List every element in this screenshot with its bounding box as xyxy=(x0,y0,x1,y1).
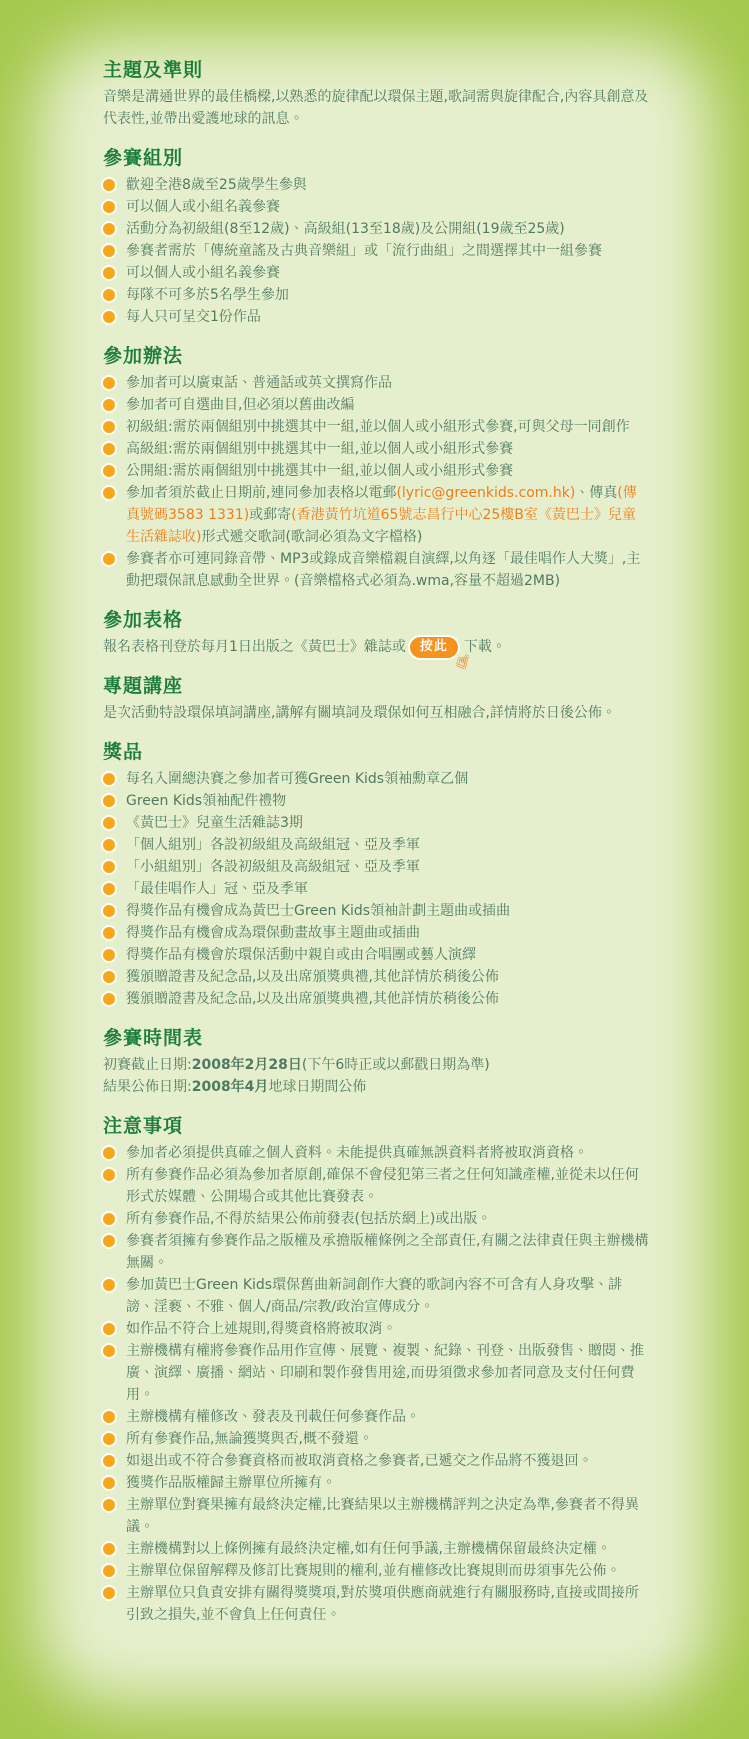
timetable-text-part: 初賽截止日期: xyxy=(103,1057,192,1073)
list-item: 參賽者需於「傳統童謠及古典音樂組」或「流行曲組」之間選擇其中一組參賽 xyxy=(103,240,649,262)
timetable-text-part: 2008年4月 xyxy=(192,1079,269,1095)
section-title-form: 參加表格 xyxy=(103,610,649,630)
groups-text-part: 可以個人或小組名義參賽 xyxy=(126,265,280,281)
timetable-row: 結果公佈日期:2008年4月地球日期間公佈 xyxy=(103,1076,649,1098)
groups-text-part: 可以個人或小組名義參賽 xyxy=(126,199,280,215)
notes-text-part: 所有參賽作品,不得於結果公佈前發表(包括於網上)或出版。 xyxy=(126,1211,491,1227)
bullet-dot-icon xyxy=(103,949,115,961)
timetable-text-part: 結果公佈日期: xyxy=(103,1079,192,1095)
notes-text-part: 主辦機構有權修改、發表及刊載任何參賽作品。 xyxy=(126,1409,420,1425)
bullet-dot-icon xyxy=(103,971,115,983)
how-text-part: 形式遞交歌詞(歌詞必須為文字檔格) xyxy=(201,529,422,545)
timetable-text-part: 地球日期間公佈 xyxy=(268,1079,366,1095)
how-text-part: 參加者可自選曲目,但必須以舊曲改編 xyxy=(126,397,354,413)
list-item: 獲獎作品版權歸主辦單位所擁有。 xyxy=(103,1472,649,1494)
prizes-text-part: Green Kids領袖配件禮物 xyxy=(126,793,286,809)
list-item-text: 如作品不符合上述規則,得獎資格將被取消。 xyxy=(126,1321,396,1337)
bullet-dot-icon xyxy=(103,223,115,235)
list-item: 參加黃巴士Green Kids環保舊曲新詞創作大賽的歌詞內容不可含有人身攻擊、誹… xyxy=(103,1274,649,1318)
list-item-text: 歡迎全港8歲至25歲學生參與 xyxy=(126,177,307,193)
groups-text-part: 參賽者需於「傳統童謠及古典音樂組」或「流行曲組」之間選擇其中一組參賽 xyxy=(126,243,602,259)
bullet-dot-icon xyxy=(103,839,115,851)
list-item: 參賽者亦可連同錄音帶、MP3或錄成音樂檔親自演繹,以角逐「最佳唱作人大獎」,主動… xyxy=(103,548,649,592)
list-item-text: 獲獎作品版權歸主辦單位所擁有。 xyxy=(126,1475,336,1491)
list-item-text: 高級組:需於兩個組別中挑選其中一組,並以個人或小組形式參賽 xyxy=(126,441,513,457)
notes-text-part: 主辦機構有權將參賽作品用作宣傳、展覽、複製、紀錄、刊登、出版發售、贈閱、推廣、演… xyxy=(126,1343,644,1403)
bullet-dot-icon xyxy=(103,1169,115,1181)
list-item: 每隊不可多於5名學生參加 xyxy=(103,284,649,306)
section-seminar: 專題講座是次活動特設環保填詞講座,講解有關填詞及環保如何互相融合,詳情將於日後公… xyxy=(103,676,649,724)
list-item: 參賽者須擁有參賽作品之版權及承擔版權條例之全部責任,有關之法律責任與主辦機構無關… xyxy=(103,1230,649,1274)
list-item: 參加者可以廣東話、普通話或英文撰寫作品 xyxy=(103,372,649,394)
bullet-dot-icon xyxy=(103,289,115,301)
bullet-dot-icon xyxy=(103,993,115,1005)
section-groups: 參賽組別歡迎全港8歲至25歲學生參與可以個人或小組名義參賽活動分為初級組(8至1… xyxy=(103,148,649,328)
notes-text-part: 如作品不符合上述規則,得獎資格將被取消。 xyxy=(126,1321,396,1337)
list-item-text: 參賽者需於「傳統童謠及古典音樂組」或「流行曲組」之間選擇其中一組參賽 xyxy=(126,243,602,259)
list-item-text: 獲頒贈證書及紀念品,以及出席頒獎典禮,其他詳情於稍後公佈 xyxy=(126,991,499,1007)
section-title-theme: 主題及準則 xyxy=(103,60,649,80)
prizes-text-part: 得獎作品有機會成為黃巴士Green Kids領袖計劃主題曲或插曲 xyxy=(126,903,510,919)
bullet-dot-icon xyxy=(103,1433,115,1445)
section-title-timetable: 參賽時間表 xyxy=(103,1028,649,1048)
timetable-text-part: 2008年2月28日 xyxy=(192,1057,302,1073)
notes-text-part: 所有參賽作品,無論獲獎與否,概不發還。 xyxy=(126,1431,373,1447)
list-item: 所有參賽作品,不得於結果公佈前發表(包括於網上)或出版。 xyxy=(103,1208,649,1230)
list-item: 如作品不符合上述規則,得獎資格將被取消。 xyxy=(103,1318,649,1340)
list-item-text: 主辦單位保留解釋及修訂比賽規則的權利,並有權修改比賽規則而毋須事先公佈。 xyxy=(126,1563,620,1579)
bullet-dot-icon xyxy=(103,465,115,477)
list-item-text: 《黃巴士》兒童生活雜誌3期 xyxy=(126,815,303,831)
how-text-part: 初級組:需於兩個組別中挑選其中一組,並以個人或小組形式參賽,可與父母一同創作 xyxy=(126,419,630,435)
list-item-text: 參加者可以廣東話、普通話或英文撰寫作品 xyxy=(126,375,392,391)
list-item-text: 主辦機構對以上條例擁有最終決定權,如有任何爭議,主辦機構保留最終決定權。 xyxy=(126,1541,611,1557)
section-timetable: 參賽時間表初賽截止日期:2008年2月28日(下午6時正或以郵戳日期為準)結果公… xyxy=(103,1028,649,1098)
list-item: 可以個人或小組名義參賽 xyxy=(103,196,649,218)
list-item: 每人只可呈交1份作品 xyxy=(103,306,649,328)
section-how: 參加辦法參加者可以廣東話、普通話或英文撰寫作品參加者可自選曲目,但必須以舊曲改編… xyxy=(103,346,649,592)
pointer-hand-icon: ☝ xyxy=(454,652,469,671)
notes-text-part: 參賽者須擁有參賽作品之版權及承擔版權條例之全部責任,有關之法律責任與主辦機構無關… xyxy=(126,1233,648,1271)
bullet-dot-icon xyxy=(103,201,115,213)
bullet-dot-icon xyxy=(103,1499,115,1511)
list-item: 得獎作品有機會成為黃巴士Green Kids領袖計劃主題曲或插曲 xyxy=(103,900,649,922)
bullet-dot-icon xyxy=(103,377,115,389)
how-text-part: 高級組:需於兩個組別中挑選其中一組,並以個人或小組形式參賽 xyxy=(126,441,513,457)
list-item: 得獎作品有機會成為環保動畫故事主題曲或插曲 xyxy=(103,922,649,944)
groups-text-part: 每人只可呈交1份作品 xyxy=(126,309,261,325)
list-item-text: 主辦機構有權將參賽作品用作宣傳、展覽、複製、紀錄、刊登、出版發售、贈閱、推廣、演… xyxy=(126,1343,644,1403)
list-item: 主辦機構有權將參賽作品用作宣傳、展覽、複製、紀錄、刊登、出版發售、贈閱、推廣、演… xyxy=(103,1340,649,1406)
list-item-text: 參加黃巴士Green Kids環保舊曲新詞創作大賽的歌詞內容不可含有人身攻擊、誹… xyxy=(126,1277,622,1315)
bullet-dot-icon xyxy=(103,311,115,323)
bullet-dot-icon xyxy=(103,553,115,565)
list-item: 可以個人或小組名義參賽 xyxy=(103,262,649,284)
groups-text-part: 每隊不可多於5名學生參加 xyxy=(126,287,289,303)
groups-text-part: 歡迎全港8歲至25歲學生參與 xyxy=(126,177,307,193)
section-form: 參加表格報名表格刊登於每月1日出版之《黃巴士》雜誌或按此☝下載。 xyxy=(103,610,649,658)
bullet-dot-icon xyxy=(103,1543,115,1555)
list-item-text: 所有參賽作品,無論獲獎與否,概不發還。 xyxy=(126,1431,373,1447)
list-item-text: 每名入圍總決賽之參加者可獲Green Kids領袖勳章乙個 xyxy=(126,771,468,787)
bullet-dot-icon xyxy=(103,1565,115,1577)
bullet-dot-icon xyxy=(103,1213,115,1225)
list-item-text: 參加者必須提供真確之個人資料。未能提供真確無誤資料者將被取消資格。 xyxy=(126,1145,588,1161)
prizes-text-part: 得獎作品有機會成為環保動畫故事主題曲或插曲 xyxy=(126,925,420,941)
prizes-text-part: 得獎作品有機會於環保活動中親自或由合唱團或藝人演繹 xyxy=(126,947,476,963)
list-item: 參加者可自選曲目,但必須以舊曲改編 xyxy=(103,394,649,416)
list-item-text: 得獎作品有機會成為環保動畫故事主題曲或插曲 xyxy=(126,925,420,941)
list-item: 高級組:需於兩個組別中挑選其中一組,並以個人或小組形式參賽 xyxy=(103,438,649,460)
form-download-line: 報名表格刊登於每月1日出版之《黃巴士》雜誌或按此☝下載。 xyxy=(103,636,649,658)
list-item: 主辦單位保留解釋及修訂比賽規則的權利,並有權修改比賽規則而毋須事先公佈。 xyxy=(103,1560,649,1582)
list-item-text: 參加者可自選曲目,但必須以舊曲改編 xyxy=(126,397,354,413)
bullet-dot-icon xyxy=(103,399,115,411)
click-here-button[interactable]: 按此☝ xyxy=(410,637,458,658)
bullet-dot-icon xyxy=(103,1323,115,1335)
prizes-text-part: 「小組組別」各設初級組及高級組冠、亞及季軍 xyxy=(126,859,420,875)
theme-paragraph: 音樂是溝通世界的最佳橋樑,以熟悉的旋律配以環保主題,歌詞需與旋律配合,內容具創意… xyxy=(103,86,649,130)
bullet-dot-icon xyxy=(103,905,115,917)
timetable-row: 初賽截止日期:2008年2月28日(下午6時正或以郵戳日期為準) xyxy=(103,1054,649,1076)
bullet-dot-icon xyxy=(103,861,115,873)
prizes-text-part: 「個人組別」各設初級組及高級組冠、亞及季軍 xyxy=(126,837,420,853)
section-prizes: 獎品每名入圍總決賽之參加者可獲Green Kids領袖勳章乙個Green Kid… xyxy=(103,742,649,1010)
list-item-text: 主辦單位只負責安排有關得獎獎項,對於獎項供應商就進行有關服務時,直接或間接所引致… xyxy=(126,1585,639,1623)
notes-text-part: 獲獎作品版權歸主辦單位所擁有。 xyxy=(126,1475,336,1491)
section-theme: 主題及準則音樂是溝通世界的最佳橋樑,以熟悉的旋律配以環保主題,歌詞需與旋律配合,… xyxy=(103,60,649,130)
bullet-dot-icon xyxy=(103,443,115,455)
list-item: Green Kids領袖配件禮物 xyxy=(103,790,649,812)
list-item: 「個人組別」各設初級組及高級組冠、亞及季軍 xyxy=(103,834,649,856)
content: 主題及準則音樂是溝通世界的最佳橋樑,以熟悉的旋律配以環保主題,歌詞需與旋律配合,… xyxy=(0,0,749,1626)
notes-text-part: 主辦單位對賽果擁有最終決定權,比賽結果以主辦機構評判之決定為準,參賽者不得異議。 xyxy=(126,1497,639,1535)
list-item: 獲頒贈證書及紀念品,以及出席頒獎典禮,其他詳情於稍後公佈 xyxy=(103,966,649,988)
form-text-after: 下載。 xyxy=(464,639,506,655)
list-item-text: 每隊不可多於5名學生參加 xyxy=(126,287,289,303)
list-item-text: 如退出或不符合參賽資格而被取消資格之參賽者,已遞交之作品將不獲退回。 xyxy=(126,1453,592,1469)
list-item-text: 「最佳唱作人」冠、亞及季軍 xyxy=(126,881,308,897)
list-item: 主辦單位對賽果擁有最終決定權,比賽結果以主辦機構評判之決定為準,參賽者不得異議。 xyxy=(103,1494,649,1538)
page: 主題及準則音樂是溝通世界的最佳橋樑,以熟悉的旋律配以環保主題,歌詞需與旋律配合,… xyxy=(0,0,749,1739)
how-text-part: 公開組:需於兩個組別中挑選其中一組,並以個人或小組形式參賽 xyxy=(126,463,513,479)
form-text-before: 報名表格刊登於每月1日出版之《黃巴士》雜誌或 xyxy=(103,639,406,655)
list-item-text: 參賽者須擁有參賽作品之版權及承擔版權條例之全部責任,有關之法律責任與主辦機構無關… xyxy=(126,1233,648,1271)
list-item: 所有參賽作品,無論獲獎與否,概不發還。 xyxy=(103,1428,649,1450)
section-title-seminar: 專題講座 xyxy=(103,676,649,696)
list-item-text: 主辦機構有權修改、發表及刊載任何參賽作品。 xyxy=(126,1409,420,1425)
list-item: 獲頒贈證書及紀念品,以及出席頒獎典禮,其他詳情於稍後公佈 xyxy=(103,988,649,1010)
list-item-text: 可以個人或小組名義參賽 xyxy=(126,265,280,281)
click-here-label: 按此 xyxy=(420,639,448,654)
list-item: 參加者須於截止日期前,連同參加表格以電郵(lyric@greenkids.com… xyxy=(103,482,649,548)
prizes-text-part: 每名入圍總決賽之參加者可獲Green Kids領袖勳章乙個 xyxy=(126,771,468,787)
list-item: 《黃巴士》兒童生活雜誌3期 xyxy=(103,812,649,834)
bullet-dot-icon xyxy=(103,1587,115,1599)
groups-list: 歡迎全港8歲至25歲學生參與可以個人或小組名義參賽活動分為初級組(8至12歲)、… xyxy=(103,174,649,328)
list-item-text: 參加者須於截止日期前,連同參加表格以電郵(lyric@greenkids.com… xyxy=(126,485,637,545)
list-item-text: 可以個人或小組名義參賽 xyxy=(126,199,280,215)
bullet-dot-icon xyxy=(103,795,115,807)
list-item: 如退出或不符合參賽資格而被取消資格之參賽者,已遞交之作品將不獲退回。 xyxy=(103,1450,649,1472)
bullet-dot-icon xyxy=(103,817,115,829)
notes-text-part: 主辦機構對以上條例擁有最終決定權,如有任何爭議,主辦機構保留最終決定權。 xyxy=(126,1541,611,1557)
notes-text-part: 參加者必須提供真確之個人資料。未能提供真確無誤資料者將被取消資格。 xyxy=(126,1145,588,1161)
bullet-dot-icon xyxy=(103,1279,115,1291)
list-item-text: 初級組:需於兩個組別中挑選其中一組,並以個人或小組形式參賽,可與父母一同創作 xyxy=(126,419,630,435)
list-item-text: 參賽者亦可連同錄音帶、MP3或錄成音樂檔親自演繹,以角逐「最佳唱作人大獎」,主動… xyxy=(126,551,640,589)
bullet-dot-icon xyxy=(103,179,115,191)
section-title-how: 參加辦法 xyxy=(103,346,649,366)
list-item-text: 「小組組別」各設初級組及高級組冠、亞及季軍 xyxy=(126,859,420,875)
section-title-notes: 注意事項 xyxy=(103,1116,649,1136)
timetable-text-part: (下午6時正或以郵戳日期為準) xyxy=(302,1057,490,1073)
prizes-text-part: 獲頒贈證書及紀念品,以及出席頒獎典禮,其他詳情於稍後公佈 xyxy=(126,991,499,1007)
bullet-dot-icon xyxy=(103,1411,115,1423)
how-text-part: 參賽者亦可連同錄音帶、MP3或錄成音樂檔親自演繹,以角逐「最佳唱作人大獎」,主動… xyxy=(126,551,640,589)
how-text-part: 參加者須於截止日期前,連同參加表格以電郵 xyxy=(126,485,396,501)
prizes-text-part: 《黃巴士》兒童生活雜誌3期 xyxy=(126,815,303,831)
notes-text-part: 如退出或不符合參賽資格而被取消資格之參賽者,已遞交之作品將不獲退回。 xyxy=(126,1453,592,1469)
prizes-list: 每名入圍總決賽之參加者可獲Green Kids領袖勳章乙個Green Kids領… xyxy=(103,768,649,1010)
bullet-dot-icon xyxy=(103,267,115,279)
list-item: 公開組:需於兩個組別中挑選其中一組,並以個人或小組形式參賽 xyxy=(103,460,649,482)
notes-text-part: 主辦單位只負責安排有關得獎獎項,對於獎項供應商就進行有關服務時,直接或間接所引致… xyxy=(126,1585,639,1623)
bullet-dot-icon xyxy=(103,1345,115,1357)
list-item: 歡迎全港8歲至25歲學生參與 xyxy=(103,174,649,196)
list-item: 主辦單位只負責安排有關得獎獎項,對於獎項供應商就進行有關服務時,直接或間接所引致… xyxy=(103,1582,649,1626)
bullet-dot-icon xyxy=(103,421,115,433)
bullet-dot-icon xyxy=(103,1235,115,1247)
bullet-dot-icon xyxy=(103,1147,115,1159)
list-item: 「最佳唱作人」冠、亞及季軍 xyxy=(103,878,649,900)
list-item: 所有參賽作品必須為參加者原創,確保不會侵犯第三者之任何知識產權,並從未以任何形式… xyxy=(103,1164,649,1208)
groups-text-part: 活動分為初級組(8至12歲)、高級組(13至18歲)及公開組(19歲至25歲) xyxy=(126,221,565,237)
bullet-dot-icon xyxy=(103,773,115,785)
how-text-part: 參加者可以廣東話、普通話或英文撰寫作品 xyxy=(126,375,392,391)
list-item-text: 公開組:需於兩個組別中挑選其中一組,並以個人或小組形式參賽 xyxy=(126,463,513,479)
list-item-text: 獲頒贈證書及紀念品,以及出席頒獎典禮,其他詳情於稍後公佈 xyxy=(126,969,499,985)
list-item-text: 得獎作品有機會於環保活動中親自或由合唱團或藝人演繹 xyxy=(126,947,476,963)
section-title-prizes: 獎品 xyxy=(103,742,649,762)
notes-list: 參加者必須提供真確之個人資料。未能提供真確無誤資料者將被取消資格。所有參賽作品必… xyxy=(103,1142,649,1626)
how-text-part: 或郵寄 xyxy=(249,507,291,523)
seminar-paragraph: 是次活動特設環保填詞講座,講解有關填詞及環保如何互相融合,詳情將於日後公佈。 xyxy=(103,702,649,724)
section-notes: 注意事項參加者必須提供真確之個人資料。未能提供真確無誤資料者將被取消資格。所有參… xyxy=(103,1116,649,1626)
list-item: 活動分為初級組(8至12歲)、高級組(13至18歲)及公開組(19歲至25歲) xyxy=(103,218,649,240)
list-item-text: 活動分為初級組(8至12歲)、高級組(13至18歲)及公開組(19歲至25歲) xyxy=(126,221,565,237)
notes-text-part: 主辦單位保留解釋及修訂比賽規則的權利,並有權修改比賽規則而毋須事先公佈。 xyxy=(126,1563,620,1579)
bullet-dot-icon xyxy=(103,1477,115,1489)
list-item-text: 主辦單位對賽果擁有最終決定權,比賽結果以主辦機構評判之決定為準,參賽者不得異議。 xyxy=(126,1497,639,1535)
notes-text-part: 參加黃巴士Green Kids環保舊曲新詞創作大賽的歌詞內容不可含有人身攻擊、誹… xyxy=(126,1277,622,1315)
list-item-text: 得獎作品有機會成為黃巴士Green Kids領袖計劃主題曲或插曲 xyxy=(126,903,510,919)
bullet-dot-icon xyxy=(103,927,115,939)
list-item: 「小組組別」各設初級組及高級組冠、亞及季軍 xyxy=(103,856,649,878)
bullet-dot-icon xyxy=(103,245,115,257)
prizes-text-part: 「最佳唱作人」冠、亞及季軍 xyxy=(126,881,308,897)
list-item: 主辦機構有權修改、發表及刊載任何參賽作品。 xyxy=(103,1406,649,1428)
list-item: 得獎作品有機會於環保活動中親自或由合唱團或藝人演繹 xyxy=(103,944,649,966)
bullet-dot-icon xyxy=(103,487,115,499)
list-item: 初級組:需於兩個組別中挑選其中一組,並以個人或小組形式參賽,可與父母一同創作 xyxy=(103,416,649,438)
list-item: 每名入圍總決賽之參加者可獲Green Kids領袖勳章乙個 xyxy=(103,768,649,790)
section-title-groups: 參賽組別 xyxy=(103,148,649,168)
list-item-text: 所有參賽作品,不得於結果公佈前發表(包括於網上)或出版。 xyxy=(126,1211,491,1227)
list-item-text: 每人只可呈交1份作品 xyxy=(126,309,261,325)
list-item-text: 所有參賽作品必須為參加者原創,確保不會侵犯第三者之任何知識產權,並從未以任何形式… xyxy=(126,1167,639,1205)
bullet-dot-icon xyxy=(103,1455,115,1467)
how-list: 參加者可以廣東話、普通話或英文撰寫作品參加者可自選曲目,但必須以舊曲改編初級組:… xyxy=(103,372,649,592)
how-text-part: (lyric@greenkids.com.hk) xyxy=(396,485,575,501)
bullet-dot-icon xyxy=(103,883,115,895)
how-text-part: 、傳真 xyxy=(575,485,617,501)
list-item: 主辦機構對以上條例擁有最終決定權,如有任何爭議,主辦機構保留最終決定權。 xyxy=(103,1538,649,1560)
list-item-text: 「個人組別」各設初級組及高級組冠、亞及季軍 xyxy=(126,837,420,853)
list-item: 參加者必須提供真確之個人資料。未能提供真確無誤資料者將被取消資格。 xyxy=(103,1142,649,1164)
prizes-text-part: 獲頒贈證書及紀念品,以及出席頒獎典禮,其他詳情於稍後公佈 xyxy=(126,969,499,985)
notes-text-part: 所有參賽作品必須為參加者原創,確保不會侵犯第三者之任何知識產權,並從未以任何形式… xyxy=(126,1167,639,1205)
list-item-text: Green Kids領袖配件禮物 xyxy=(126,793,286,809)
